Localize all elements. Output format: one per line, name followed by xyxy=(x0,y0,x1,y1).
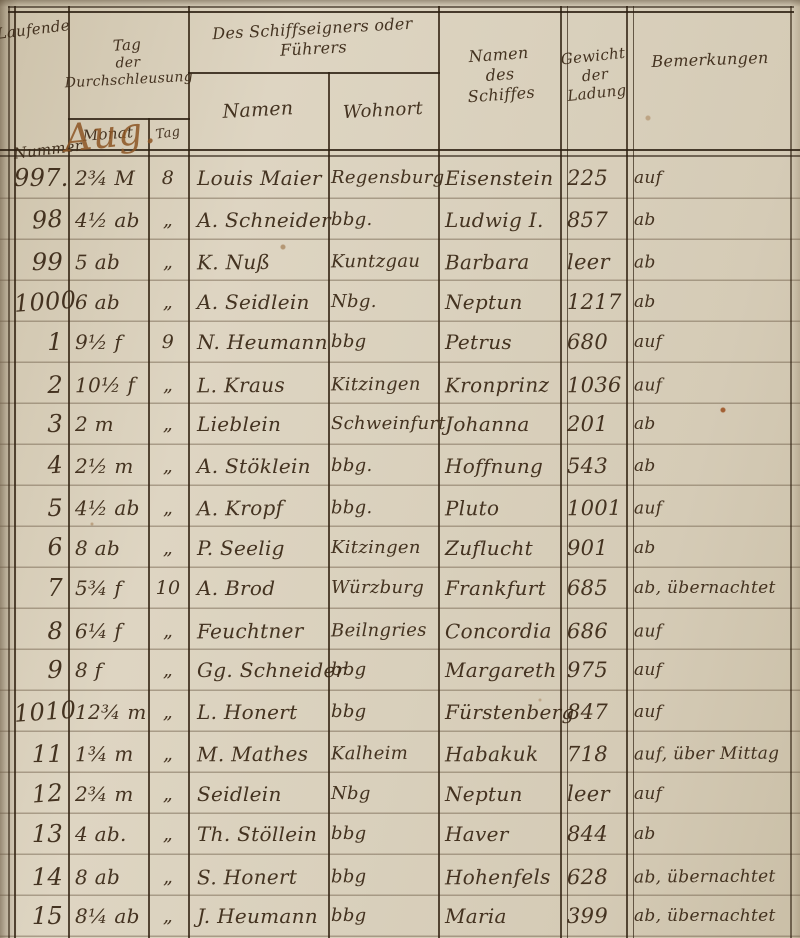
header-bottom-line-2 xyxy=(0,155,800,157)
cell-name: K. Nuß xyxy=(188,249,328,274)
cell-remark: ab xyxy=(628,538,792,558)
cell-load: 847 xyxy=(562,700,628,724)
cell-residence: Kitzingen xyxy=(328,537,438,558)
cell-remark: ab xyxy=(628,456,792,476)
cell-day: „ xyxy=(148,905,188,927)
table-row: 210½ f„L. KrausKitzingenKronprinz1036auf xyxy=(14,363,792,404)
table-row: 32 m„LiebleinSchweinfurtJohanna201ab xyxy=(14,404,792,445)
cell-load: 225 xyxy=(562,166,628,190)
cell-day: „ xyxy=(148,455,188,477)
cell-remark: auf xyxy=(628,784,792,804)
cell-load: leer xyxy=(562,782,628,806)
cell-day: „ xyxy=(148,619,188,641)
cell-residence: Nbg. xyxy=(328,291,438,312)
cell-residence: Kitzingen xyxy=(328,374,438,396)
cell-residence: Kuntzgau xyxy=(328,251,438,273)
cell-day: „ xyxy=(148,373,188,395)
cell-time: 2 m xyxy=(68,412,148,436)
cell-name: A. Kropf xyxy=(188,495,328,520)
column-header-cargo-weight: Gewicht der Ladung xyxy=(556,9,635,141)
cell-time: 8 ab xyxy=(68,536,148,560)
cell-load: 901 xyxy=(562,536,628,560)
subheader-owner-name-label: Namen xyxy=(222,97,294,124)
cell-remark: ab, übernachtet xyxy=(628,906,792,926)
table-row: 19½ f9N. HeumannbbgPetrus680auf xyxy=(14,322,792,363)
cell-nr: 8 xyxy=(14,616,68,644)
cell-load: 1217 xyxy=(562,290,628,314)
cell-nr: 5 xyxy=(14,493,68,521)
cell-load: 680 xyxy=(562,330,628,354)
cell-nr: 6 xyxy=(13,532,69,564)
cell-load: 844 xyxy=(562,822,628,846)
cell-load: 201 xyxy=(562,412,628,436)
cell-load: 685 xyxy=(562,576,628,600)
cell-day: „ xyxy=(148,413,188,435)
cell-remark: auf xyxy=(628,332,792,352)
table-row: 10006 ab„A. SeidleinNbg.Neptun1217ab xyxy=(14,281,792,322)
cell-residence: Schweinfurt xyxy=(328,413,438,434)
cell-ship: Haver xyxy=(438,822,562,846)
cell-name: L. Honert xyxy=(188,700,328,724)
table-row: 75¾ f10A. BrodWürzburgFrankfurt685ab, üb… xyxy=(14,568,792,609)
cell-residence: Würzburg xyxy=(328,577,438,598)
cell-nr: 12 xyxy=(13,778,69,810)
cell-ship: Ludwig I. xyxy=(438,208,562,232)
cell-time: 2¾ M xyxy=(68,166,148,190)
cell-ship: Fürstenberg xyxy=(438,700,562,724)
lockage-day-line1: Tag xyxy=(112,35,141,55)
cell-time: 2½ m xyxy=(68,454,148,478)
subheader-day-label: Tag xyxy=(155,124,182,144)
cell-nr: 4 xyxy=(13,450,69,482)
cell-day: „ xyxy=(148,250,188,272)
cell-ship: Johanna xyxy=(438,412,562,436)
cell-day: 10 xyxy=(148,577,188,599)
cell-ship: Pluto xyxy=(438,495,562,520)
cell-time: 5¾ f xyxy=(68,576,148,600)
cell-name: A. Seidlein xyxy=(188,290,328,314)
cell-name: Gg. Schneider xyxy=(188,658,328,682)
cell-ship: Maria xyxy=(438,904,562,928)
cell-nr: 2 xyxy=(14,370,68,398)
cell-name: A. Stöklein xyxy=(188,454,328,478)
cell-ship: Frankfurt xyxy=(438,576,562,600)
table-row: 68 ab„P. SeeligKitzingenZuflucht901ab xyxy=(14,527,792,568)
cell-day: „ xyxy=(148,209,188,231)
table-border-left-outer xyxy=(8,6,10,938)
cell-load: 718 xyxy=(562,741,628,765)
cell-load: 543 xyxy=(562,454,628,478)
cell-remark: ab, übernachtet xyxy=(628,866,792,887)
cell-name: Lieblein xyxy=(188,412,328,436)
month-annotation: Aug. xyxy=(62,107,158,160)
cell-residence: Nbg xyxy=(328,783,438,804)
cell-load: 1036 xyxy=(562,372,628,396)
cell-name: Louis Maier xyxy=(188,166,328,190)
cell-nr: 1 xyxy=(14,328,68,356)
subheader-owner-residence-label: Wohnort xyxy=(342,98,423,125)
cell-residence: bbg xyxy=(328,823,438,844)
column-header-remarks: Bemerkungen xyxy=(627,27,793,93)
cell-time: 4½ ab xyxy=(68,495,148,520)
cell-name: Feuchtner xyxy=(188,618,328,643)
cargo-header-line3: Ladung xyxy=(567,81,628,106)
cell-remark: auf xyxy=(628,374,792,395)
table-row: 111¾ m„M. MathesKalheimHabakuk718auf, üb… xyxy=(14,732,792,773)
cell-time: 8¼ ab xyxy=(68,904,148,928)
cell-name: A. Schneider xyxy=(188,208,328,232)
table-row: 148 ab„S. HonertbbgHohenfels628ab, übern… xyxy=(14,855,792,896)
cell-time: 5 ab xyxy=(68,249,148,274)
cell-ship: Barbara xyxy=(438,249,562,274)
lockage-day-line2: der xyxy=(115,54,141,73)
cell-residence: Beilngries xyxy=(328,620,438,642)
cell-ship: Neptun xyxy=(438,782,562,806)
lockage-day-line3: Durchschleusung xyxy=(64,69,193,93)
cell-day: „ xyxy=(148,701,188,723)
cell-time: 12¾ m xyxy=(68,700,148,724)
ship-header-line2: des xyxy=(485,64,515,86)
cell-day: „ xyxy=(148,496,188,518)
cell-time: 6¼ f xyxy=(68,618,148,643)
cell-ship: Hoffnung xyxy=(438,454,562,478)
cell-nr: 9 xyxy=(14,656,68,684)
cell-load: 857 xyxy=(562,208,628,232)
cell-time: 4 ab. xyxy=(68,822,148,846)
cell-name: N. Heumann xyxy=(188,330,328,354)
cell-name: L. Kraus xyxy=(188,372,328,397)
cell-residence: bbg. xyxy=(328,497,438,519)
cell-time: 10½ f xyxy=(68,372,148,397)
cell-load: 686 xyxy=(562,618,628,642)
table-row: 134 ab.„Th. StölleinbbgHaver844ab xyxy=(14,814,792,855)
cell-remark: auf xyxy=(628,660,792,680)
cell-remark: ab xyxy=(628,292,792,312)
cell-nr: 1010 xyxy=(13,696,69,728)
column-header-number-line1: Laufende xyxy=(0,16,71,44)
cell-nr: 98 xyxy=(13,204,69,236)
column-header-lockage-day: Tag der Durchschleusung xyxy=(65,7,190,119)
cell-time: 2¾ m xyxy=(68,782,148,806)
cell-time: 9½ f xyxy=(68,330,148,354)
cell-remark: auf xyxy=(628,497,792,518)
cell-ship: Eisenstein xyxy=(438,166,562,190)
cell-name: Seidlein xyxy=(188,782,328,806)
cell-nr: 14 xyxy=(14,862,68,890)
ledger-page: Laufende Nummer Tag der Durchschleusung … xyxy=(0,0,800,938)
table-row: 101012¾ m„L. HonertbbgFürstenberg847auf xyxy=(14,691,792,732)
cell-nr: 1000 xyxy=(13,286,69,318)
table-row: 158¼ ab„J. HeumannbbgMaria399ab, übernac… xyxy=(14,896,792,937)
cell-load: 975 xyxy=(562,658,628,682)
cell-time: 8 ab xyxy=(68,864,148,889)
subheader-owner-residence: Wohnort xyxy=(326,69,440,153)
cell-ship: Zuflucht xyxy=(438,536,562,560)
cell-residence: bbg xyxy=(328,905,438,926)
cell-day: „ xyxy=(148,291,188,313)
cell-remark: auf xyxy=(628,702,792,722)
cell-remark: ab xyxy=(628,251,792,272)
cell-nr: 15 xyxy=(14,902,68,930)
remarks-header-label: Bemerkungen xyxy=(651,48,769,72)
cell-name: S. Honert xyxy=(188,864,328,889)
cell-residence: bbg xyxy=(328,701,438,722)
cell-nr: 3 xyxy=(14,410,68,438)
cell-day: „ xyxy=(148,537,188,559)
cell-time: 8 f xyxy=(68,658,148,682)
cell-residence: Regensburg xyxy=(328,167,438,188)
cell-ship: Neptun xyxy=(438,290,562,314)
cell-day: „ xyxy=(148,742,188,764)
cell-residence: bbg xyxy=(328,866,438,888)
cell-nr: 11 xyxy=(14,739,68,767)
ship-header-line3: Schiffes xyxy=(467,83,536,108)
table-row: 984½ ab„A. Schneiderbbg.Ludwig I.857ab xyxy=(14,199,792,240)
cell-time: 6 ab xyxy=(68,290,148,314)
table-row: 54½ ab„A. Kropfbbg.Pluto1001auf xyxy=(14,486,792,527)
cell-ship: Petrus xyxy=(438,330,562,354)
cell-nr: 13 xyxy=(14,820,68,848)
cell-ship: Hohenfels xyxy=(438,864,562,889)
cell-name: J. Heumann xyxy=(188,904,328,928)
cell-ship: Kronprinz xyxy=(438,372,562,397)
table-row: 122¾ m„SeidleinNbgNeptunleerauf xyxy=(14,773,792,814)
cell-ship: Habakuk xyxy=(438,741,562,766)
cell-residence: bbg xyxy=(328,659,438,680)
cell-day: 8 xyxy=(148,167,188,189)
cell-load: 1001 xyxy=(562,495,628,519)
cell-day: „ xyxy=(148,783,188,805)
shipowner-line2: Führers xyxy=(280,37,348,60)
cell-ship: Concordia xyxy=(438,618,562,643)
cell-name: Th. Stöllein xyxy=(188,822,328,846)
cell-remark: ab xyxy=(628,210,792,230)
table-row: 995 ab„K. NußKuntzgauBarbaraleerab xyxy=(14,240,792,281)
column-header-shipowner: Des Schiffseigners oder Führers xyxy=(187,2,440,77)
column-header-ship-name: Namen des Schiffes xyxy=(434,8,566,142)
cell-time: 4½ ab xyxy=(68,208,148,232)
subheader-owner-name: Namen xyxy=(186,68,330,153)
cell-day: „ xyxy=(148,659,188,681)
cell-residence: Kalheim xyxy=(328,743,438,765)
ledger-rows: 997.2¾ M8Louis MaierRegensburgEisenstein… xyxy=(14,158,792,937)
cell-residence: bbg. xyxy=(328,455,438,476)
cell-name: A. Brod xyxy=(188,576,328,600)
cell-nr: 99 xyxy=(14,247,68,275)
table-row: 86¼ f„FeuchtnerBeilngriesConcordia686auf xyxy=(14,609,792,650)
table-row: 997.2¾ M8Louis MaierRegensburgEisenstein… xyxy=(14,158,792,199)
ship-header-line1: Namen xyxy=(468,43,529,67)
cell-day: „ xyxy=(148,823,188,845)
table-row: 42½ m„A. Stökleinbbg.Hoffnung543ab xyxy=(14,445,792,486)
cell-load: leer xyxy=(562,249,628,273)
cell-residence: bbg. xyxy=(328,209,438,230)
cell-day: „ xyxy=(148,865,188,887)
cell-time: 1¾ m xyxy=(68,741,148,766)
cell-nr: 7 xyxy=(14,574,68,602)
cell-name: P. Seelig xyxy=(188,536,328,560)
table-row: 98 f„Gg. SchneiderbbgMargareth975auf xyxy=(14,650,792,691)
cell-ship: Margareth xyxy=(438,658,562,682)
cell-remark: auf xyxy=(628,168,792,188)
cell-name: M. Mathes xyxy=(188,741,328,766)
cell-nr: 997. xyxy=(14,164,68,192)
cell-load: 399 xyxy=(562,904,628,928)
cell-load: 628 xyxy=(562,864,628,888)
cell-remark: ab xyxy=(628,824,792,844)
cell-day: 9 xyxy=(148,331,188,353)
cell-remark: auf, über Mittag xyxy=(628,743,792,764)
cell-remark: auf xyxy=(628,620,792,641)
cell-remark: ab xyxy=(628,414,792,434)
cell-remark: ab, übernachtet xyxy=(628,578,792,598)
cell-residence: bbg xyxy=(328,331,438,352)
